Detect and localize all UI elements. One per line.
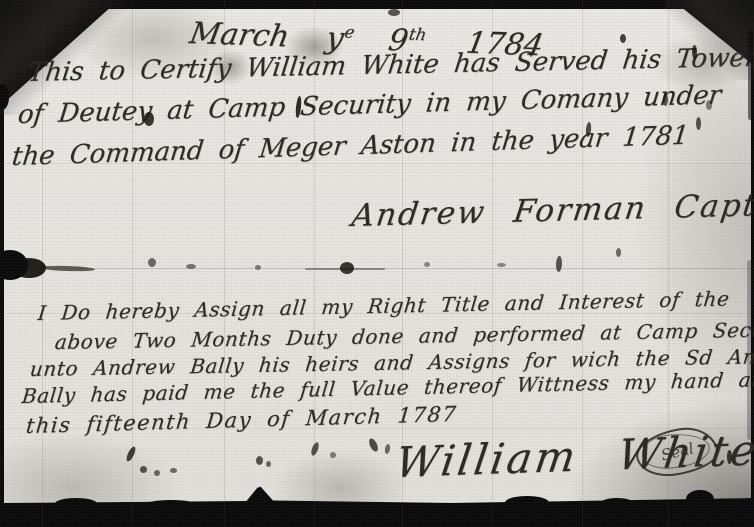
ink-blot	[706, 100, 712, 110]
ink-blot	[256, 456, 263, 465]
bottom-edge-tear	[505, 496, 549, 509]
bottom-edge-tear	[600, 498, 634, 509]
ink-blot	[144, 112, 154, 126]
edge-streak	[747, 260, 753, 440]
ink-blot	[148, 258, 156, 267]
ink-blot	[663, 93, 668, 106]
assignment-line-5: this fifteenth Day of March 1787	[25, 402, 458, 438]
ink-smear	[305, 268, 385, 270]
edge-streak	[748, 30, 753, 120]
bottom-edge-tear	[244, 487, 272, 504]
ink-blot	[186, 264, 196, 269]
bottom-edge-tear	[55, 498, 97, 509]
ink-blot	[255, 265, 261, 270]
seal-label: Seal	[659, 440, 695, 465]
ink-blot	[154, 470, 160, 476]
ink-blot	[692, 45, 697, 59]
bottom-edge-tear	[145, 500, 197, 509]
ink-blot	[696, 117, 701, 130]
ink-blot	[620, 34, 626, 43]
ink-blot	[330, 452, 336, 458]
ink-blot	[616, 248, 621, 257]
ink-blot	[497, 263, 506, 267]
ink-blot	[140, 466, 147, 473]
date-month: March	[187, 16, 292, 54]
certificate-line-1: This to Certify William White has Served…	[26, 43, 754, 88]
ink-blot	[170, 468, 177, 473]
ink-blot	[388, 9, 400, 16]
ink-blot	[727, 450, 732, 464]
officer-signature: Andrew Forman Captin	[350, 186, 754, 234]
bottom-edge-tear	[686, 490, 714, 508]
ink-blot	[424, 262, 430, 267]
ink-blot	[266, 461, 271, 467]
scanned-document-photo: March ye 9th 1784 This to Certify Willia…	[0, 0, 754, 527]
